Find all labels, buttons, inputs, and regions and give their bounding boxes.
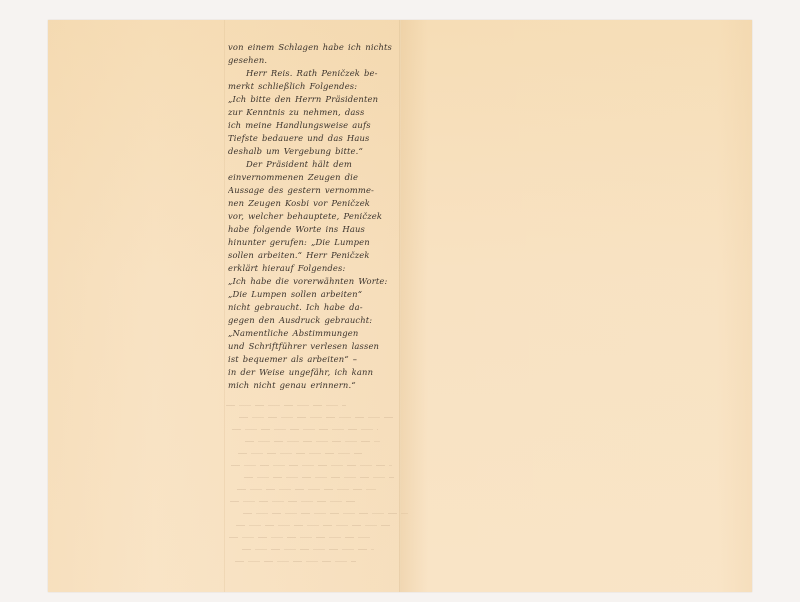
manuscript-line: ist bequemer als arbeiten“ –	[228, 353, 400, 366]
manuscript-line: einvernommenen Zeugen die	[228, 171, 400, 184]
manuscript-line: nicht gebraucht. Ich habe da-	[228, 301, 400, 314]
reverse-side-show-through	[226, 405, 394, 573]
show-through-line	[243, 513, 408, 514]
manuscript-line: deshalb um Vergebung bitte.“	[228, 145, 400, 158]
manuscript-line: gesehen.	[228, 54, 400, 67]
manuscript-line: „Namentliche Abstimmungen	[228, 327, 400, 340]
show-through-line	[232, 429, 378, 430]
manuscript-line: merkt schließlich Folgendes:	[228, 80, 400, 93]
manuscript-line: in der Weise ungefähr, ich kann	[228, 366, 400, 379]
manuscript-line: erklärt hierauf Folgendes:	[228, 262, 400, 275]
show-through-line	[236, 525, 390, 526]
manuscript-line: Tiefste bedauere und das Haus	[228, 132, 400, 145]
manuscript-sheet: von einem Schlagen habe ich nichtsgesehe…	[48, 20, 752, 592]
manuscript-line: mich nicht genau erinnern.“	[228, 379, 400, 392]
show-through-line	[239, 417, 396, 418]
scan-background: von einem Schlagen habe ich nichtsgesehe…	[0, 0, 800, 602]
manuscript-line: Aussage des gestern vernomme-	[228, 184, 400, 197]
manuscript-line: ich meine Handlungsweise aufs	[228, 119, 400, 132]
manuscript-line: „Ich habe die vorerwähnten Worte:	[228, 275, 400, 288]
manuscript-line: und Schriftführer verlesen lassen	[228, 340, 400, 353]
show-through-line	[235, 561, 356, 562]
show-through-line	[244, 477, 394, 478]
show-through-line	[245, 441, 380, 442]
show-through-line	[229, 537, 372, 538]
handwritten-text-block: von einem Schlagen habe ich nichtsgesehe…	[228, 41, 400, 392]
manuscript-line: „Ich bitte den Herrn Präsidenten	[228, 93, 400, 106]
manuscript-line: „Die Lumpen sollen arbeiten“	[228, 288, 400, 301]
left-page: von einem Schlagen habe ich nichtsgesehe…	[48, 20, 400, 592]
manuscript-line: sollen arbeiten.“ Herr Peničzek	[228, 249, 400, 262]
manuscript-line: Der Präsident hält dem	[228, 158, 400, 171]
right-page-blank	[400, 20, 752, 592]
manuscript-line: zur Kenntnis zu nehmen, dass	[228, 106, 400, 119]
show-through-line	[230, 501, 358, 502]
show-through-line	[226, 405, 346, 406]
show-through-line	[238, 453, 362, 454]
manuscript-line: Herr Reis. Rath Peničzek be-	[228, 67, 400, 80]
manuscript-line: gegen den Ausdruck gebraucht:	[228, 314, 400, 327]
manuscript-line: von einem Schlagen habe ich nichts	[228, 41, 400, 54]
manuscript-line: habe folgende Worte ins Haus	[228, 223, 400, 236]
manuscript-line: vor, welcher behauptete, Peničzek	[228, 210, 400, 223]
manuscript-line: hinunter gerufen: „Die Lumpen	[228, 236, 400, 249]
paper-crease	[224, 20, 225, 592]
manuscript-line: nen Zeugen Kosbi vor Peničzek	[228, 197, 400, 210]
show-through-line	[231, 465, 392, 466]
show-through-line	[237, 489, 376, 490]
show-through-line	[242, 549, 374, 550]
